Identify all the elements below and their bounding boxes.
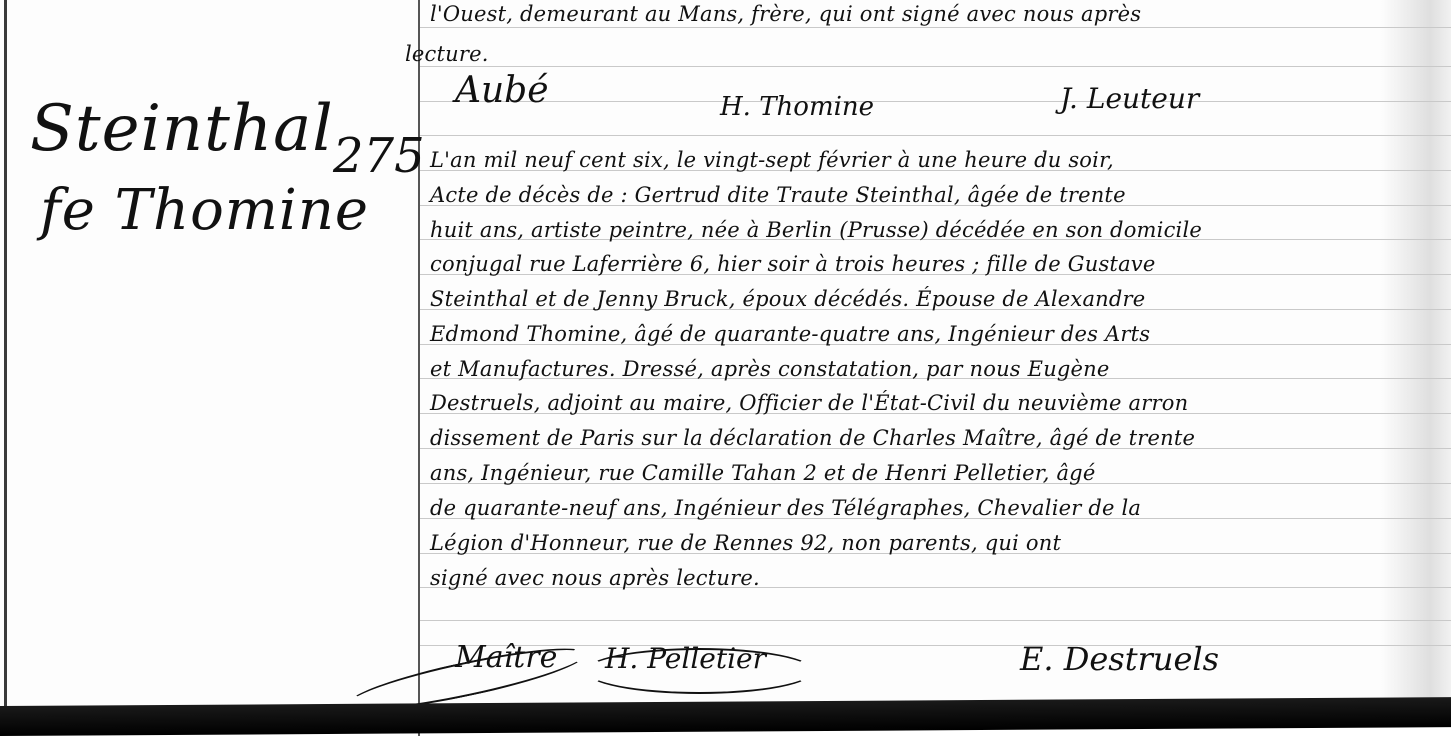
ruled-line xyxy=(420,135,1451,136)
ruled-line xyxy=(420,645,1451,646)
act-line: L'an mil neuf cent six, le vingt-sept fé… xyxy=(430,148,1114,172)
previous-act-line: lecture. xyxy=(405,42,489,66)
act-line: de quarante-neuf ans, Ingénieur des Télé… xyxy=(430,496,1141,520)
act-line: huit ans, artiste peintre, née à Berlin … xyxy=(430,218,1202,242)
ruled-line xyxy=(420,620,1451,621)
act-line: Acte de décès de : Gertrud dite Traute S… xyxy=(430,183,1126,207)
register-page: Steinthal fe Thomine 275 l'Ouest, demeur… xyxy=(0,0,1451,708)
signature: J. Leuteur xyxy=(1060,82,1199,115)
act-line: Destruels, adjoint au maire, Officier de… xyxy=(430,391,1188,415)
ruled-line xyxy=(420,101,1451,102)
act-number: 275 xyxy=(333,128,425,184)
page-gutter-shadow xyxy=(1381,0,1451,708)
act-line: conjugal rue Laferrière 6, hier soir à t… xyxy=(430,252,1156,276)
act-line: ans, Ingénieur, rue Camille Tahan 2 et d… xyxy=(430,461,1095,485)
ruled-line xyxy=(420,27,1451,28)
page-left-edge xyxy=(4,0,7,708)
margin-rule xyxy=(418,0,420,736)
act-line: Edmond Thomine, âgé de quarante-quatre a… xyxy=(430,322,1150,346)
act-line: Légion d'Honneur, rue de Rennes 92, non … xyxy=(430,531,1061,555)
act-line: signé avec nous après lecture. xyxy=(430,566,760,590)
signature: H. Thomine xyxy=(720,92,874,122)
act-line: et Manufactures. Dressé, après constatat… xyxy=(430,357,1110,381)
margin-surname: Steinthal xyxy=(30,92,334,166)
act-line: dissement de Paris sur la déclaration de… xyxy=(430,426,1195,450)
ruled-line xyxy=(420,66,1451,67)
previous-act-line: l'Ouest, demeurant au Mans, frère, qui o… xyxy=(430,2,1141,26)
signature: Aubé xyxy=(455,70,549,111)
margin-spouse-name: fe Thomine xyxy=(40,178,369,243)
signature-flourish xyxy=(585,648,814,694)
signature-officer: E. Destruels xyxy=(1020,640,1219,678)
act-line: Steinthal et de Jenny Bruck, époux décéd… xyxy=(430,287,1145,311)
